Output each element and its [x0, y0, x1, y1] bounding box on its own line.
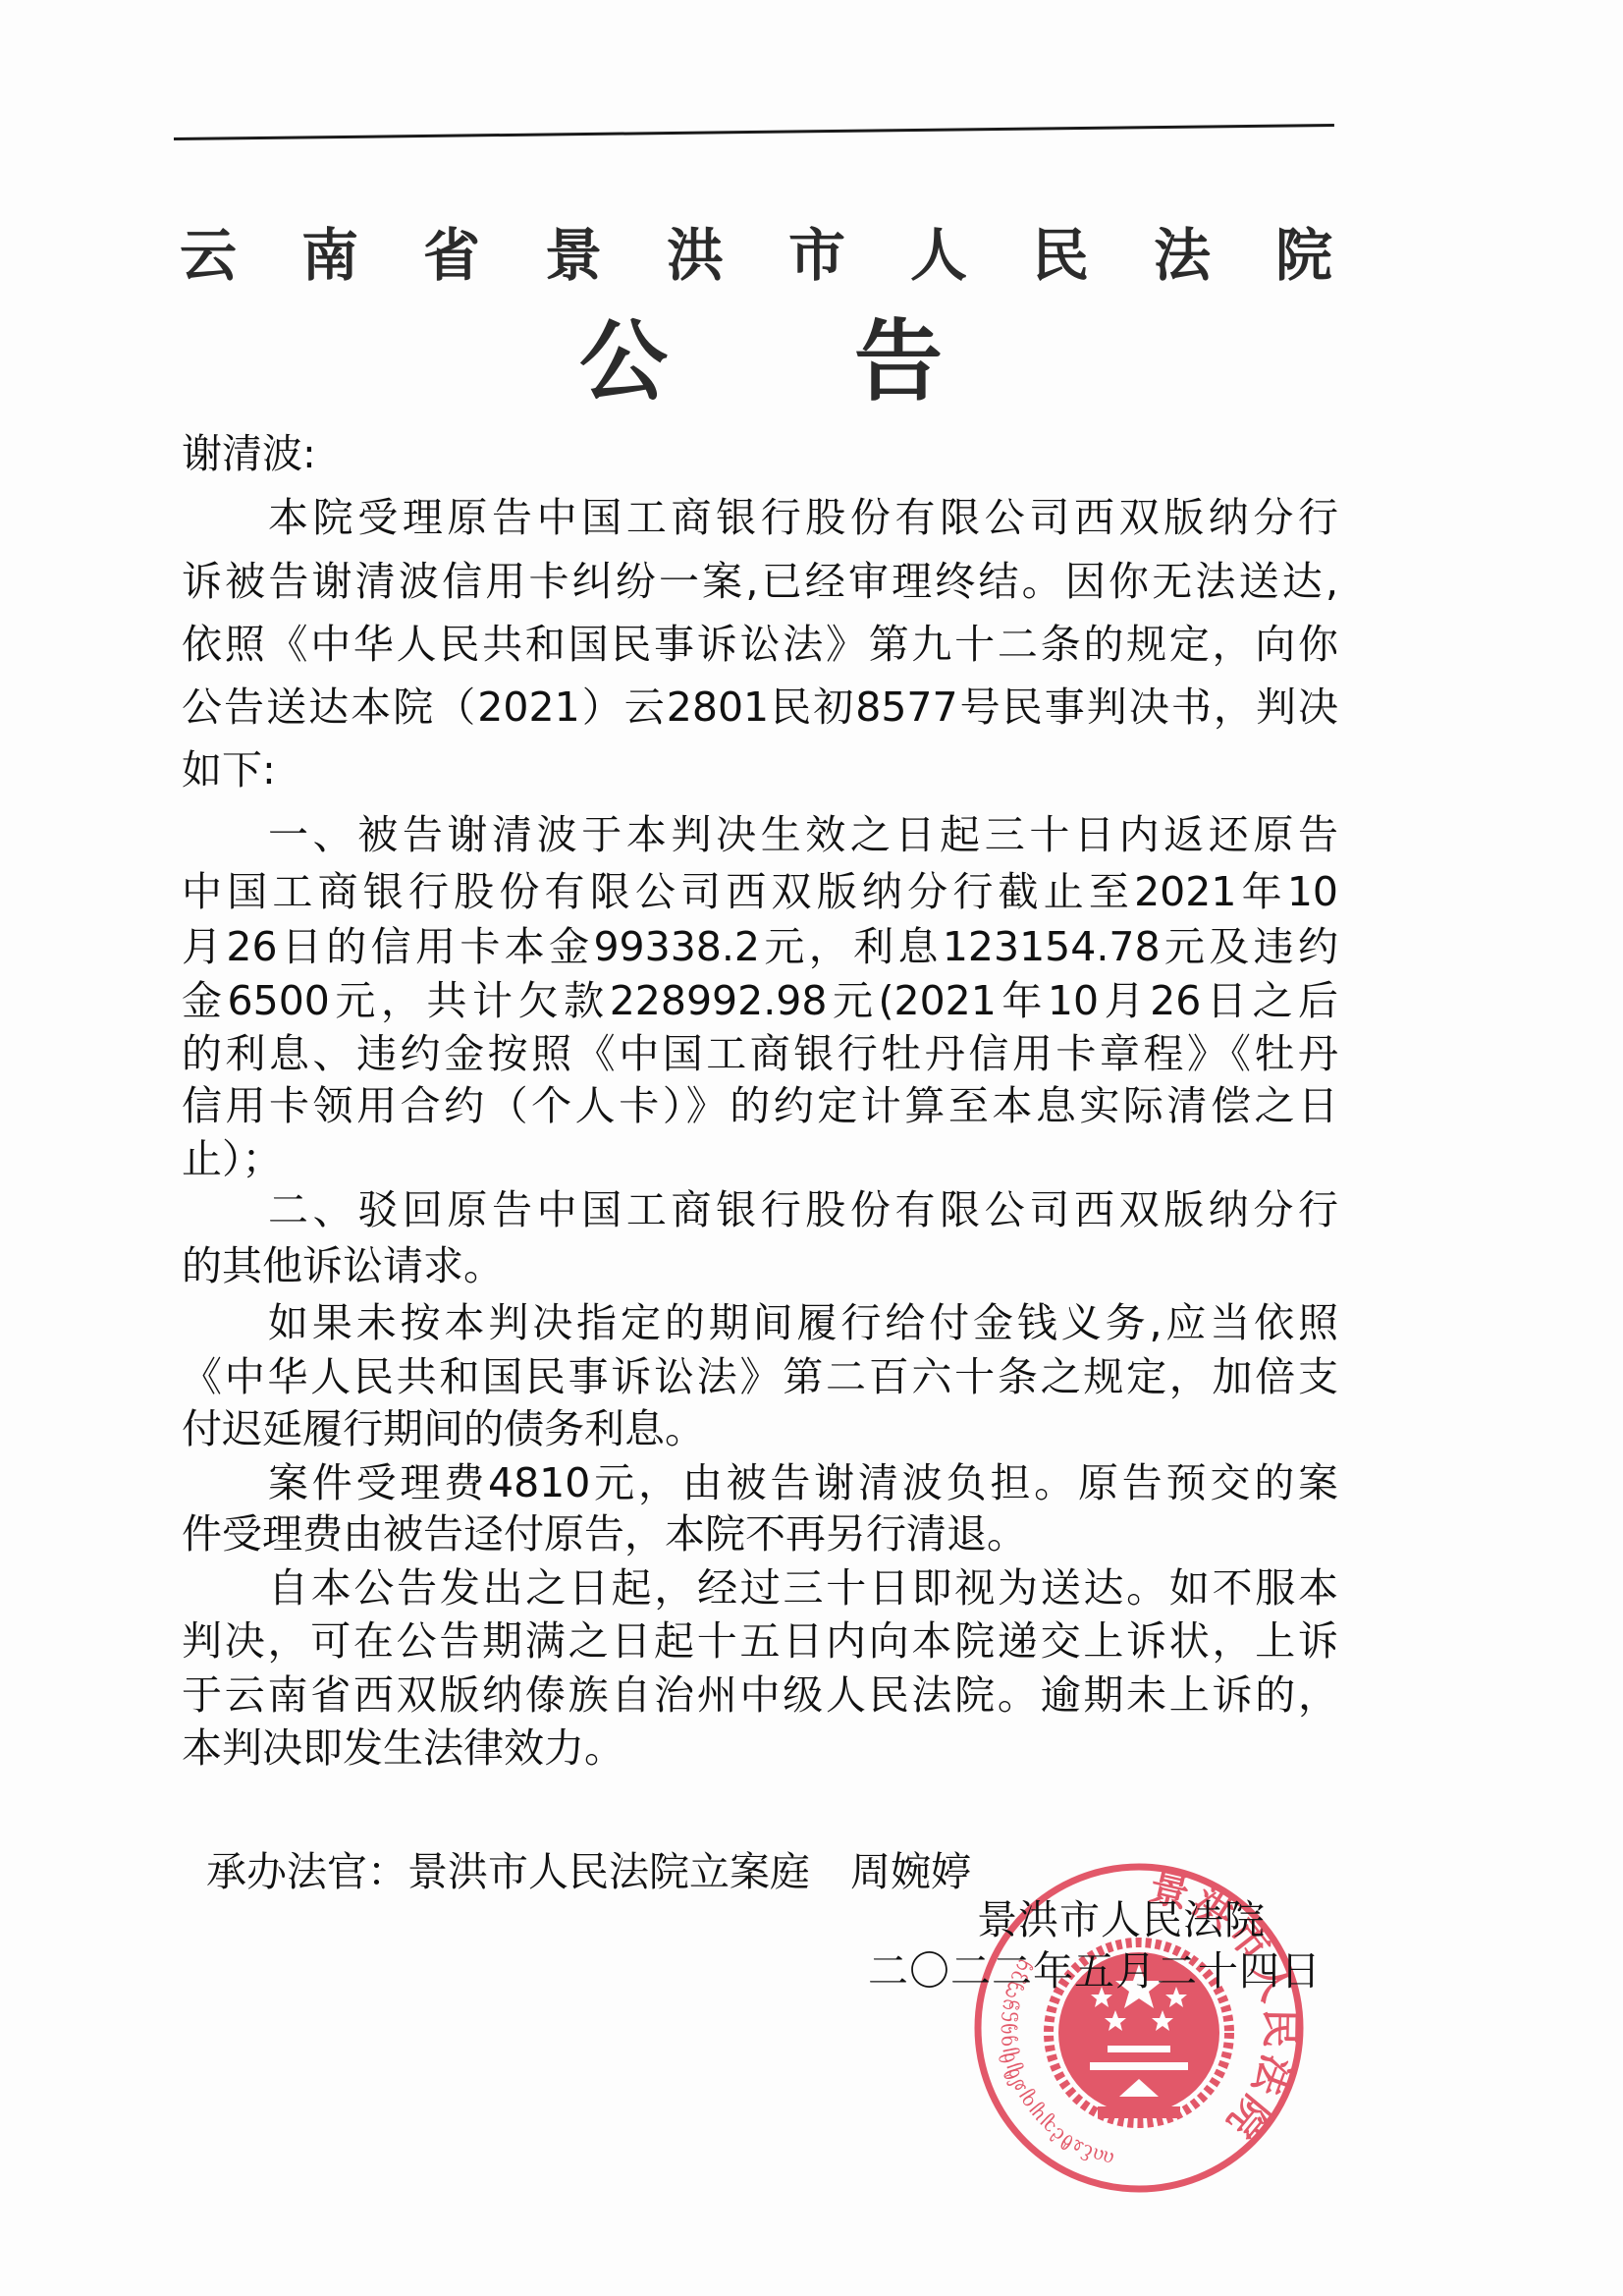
- body-line: 《中华人民共和国民事诉讼法》第二百六十条之规定，加倍支: [182, 1351, 1338, 1402]
- court-title-char: 南: [298, 209, 361, 292]
- judgment-item-1: 一、被告谢清波于本判决生效之日起三十日内返还原告: [268, 809, 1338, 860]
- court-title-char: 院: [1272, 209, 1335, 292]
- doc-type-char: 告: [854, 290, 943, 417]
- body-line: 诉被告谢清波信用卡纠纷一案,已经审理终结。因你无法送达,: [182, 556, 1338, 607]
- body-line: 公告送达本院（2021）云2801民初8577号民事判决书，判决: [182, 682, 1338, 733]
- court-title-char: 洪: [664, 209, 727, 292]
- court-title: 云 南 省 景 洪 市 人 民 法 院: [177, 211, 1335, 290]
- presiding-judge-line: 承办法官：景洪市人民法院立案庭 周婉婷: [206, 1846, 971, 1897]
- issuing-court: 景洪市人民法院: [977, 1894, 1266, 1945]
- addressee: 谢清波:: [182, 428, 1338, 479]
- body-line: 如果未按本判决指定的期间履行给付金钱义务,应当依照: [268, 1297, 1338, 1348]
- court-title-char: 景: [542, 209, 605, 292]
- body-line: 信用卡领用合约（个人卡）》的约定计算至本息实际清偿之日: [182, 1080, 1338, 1131]
- body-line: 的利息、违约金按照《中国工商银行牡丹信用卡章程》《牡丹: [182, 1028, 1338, 1079]
- judgment-item-2: 二、驳回原告中国工商银行股份有限公司西双版纳分行: [268, 1184, 1338, 1235]
- document-page: 云 南 省 景 洪 市 人 民 法 院 公 告 谢清波: 本院受理原告中国工商银…: [0, 0, 1623, 2296]
- document-type-title: 公 告: [579, 304, 943, 403]
- body-line: 中国工商银行股份有限公司西双版纳分行截止至2021年10: [182, 866, 1338, 917]
- body-line: 如下:: [182, 744, 1338, 795]
- court-title-char: 省: [420, 209, 483, 292]
- header-rule: [174, 124, 1334, 140]
- body-line: 本院受理原告中国工商银行股份有限公司西双版纳分行: [268, 492, 1338, 543]
- body-line: 判决，可在公告期满之日起十五日内向本院递交上诉状，上诉: [182, 1615, 1338, 1667]
- court-title-char: 云: [177, 209, 240, 292]
- court-title-char: 市: [785, 209, 848, 292]
- body-line: 依照《中华人民共和国民事诉讼法》第九十二条的规定，向你: [182, 619, 1338, 670]
- body-line: 本判决即发生法律效力。: [182, 1722, 1338, 1774]
- doc-type-char: 公: [579, 290, 668, 417]
- body-line: 的其他诉讼请求。: [182, 1240, 1338, 1291]
- body-line: 于云南省西双版纳傣族自治州中级人民法院。逾期未上诉的，: [182, 1669, 1338, 1721]
- body-line: 月26日的信用卡本金99338.2元，利息123154.78元及违约: [182, 921, 1338, 972]
- issue-date: 二〇二二年五月二十四日: [868, 1945, 1322, 1996]
- court-title-char: 民: [1029, 209, 1092, 292]
- body-line: 止）；: [182, 1133, 1338, 1184]
- court-title-char: 人: [907, 209, 970, 292]
- body-line: 自本公告发出之日起，经过三十日即视为送达。如不服本: [268, 1562, 1338, 1613]
- body-line: 件受理费由被告迳付原告，本院不再另行清退。: [182, 1508, 1338, 1559]
- body-line: 付迟延履行期间的债务利息。: [182, 1403, 1338, 1454]
- court-title-char: 法: [1151, 209, 1214, 292]
- body-line: 金6500元，共计欠款228992.98元(2021年10月26日之后: [182, 975, 1338, 1026]
- case-fee-line: 案件受理费4810元，由被告谢清波负担。原告预交的案: [268, 1457, 1338, 1508]
